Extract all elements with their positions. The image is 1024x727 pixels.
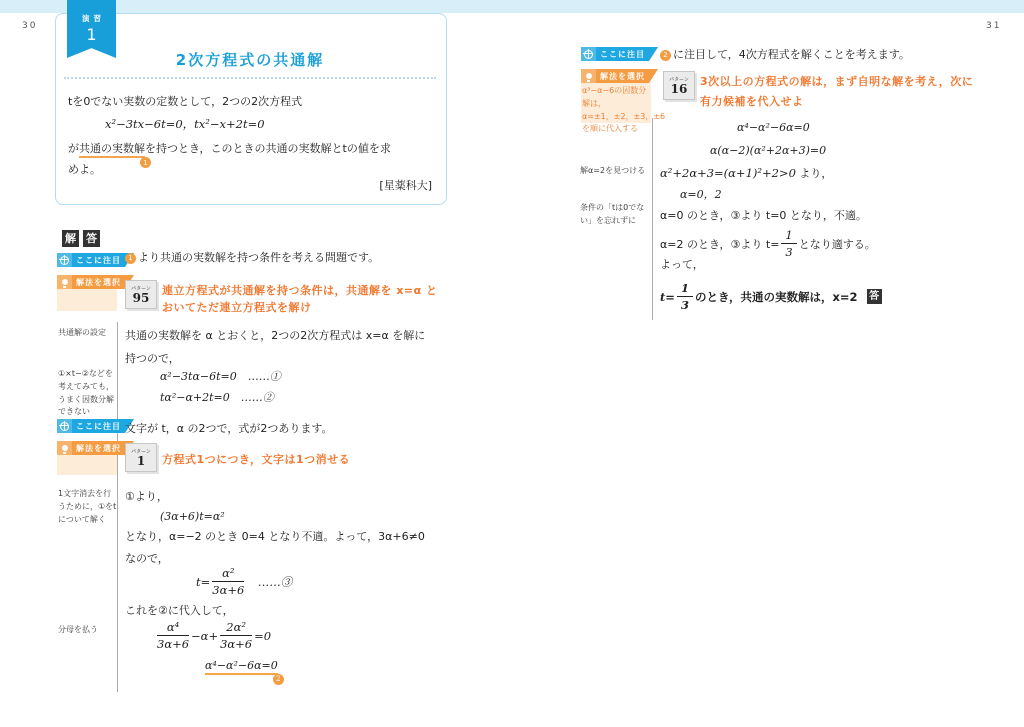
lightbulb-icon (57, 275, 72, 289)
margin-note-find-root: 解α=2を見つける (580, 165, 648, 178)
solution-line-1: 共通の実数解を α とおくと，2つの2次方程式は x=α を解に (125, 328, 447, 345)
fraction-denominator: 3α+6 (157, 636, 189, 651)
equation-r4: α=0，2 (680, 187, 722, 204)
select-tag-backdrop-1 (57, 289, 117, 311)
margin-note-orange: α³−α−6の因数分解は，α=±1，±2，±3，±6を順に代入する (582, 85, 648, 136)
pattern-rule-3-line-1: 3次以上の方程式の解は，まず自明な解を考え，次に (700, 73, 973, 89)
pattern-box-1: パターン 1 (125, 443, 157, 472)
problem-equation: x²−3tx−6t=0，tx²−x+2t=0 (105, 116, 265, 132)
tag-attention-label: ここに注目 (596, 47, 658, 61)
frac-pre-text: α=2 のとき，③より t= (660, 236, 779, 252)
tag-select-3: 解法を選択 (581, 69, 658, 83)
attention-line-3: 2 に注目して，4次方程式を解くことを考えます。 (660, 47, 910, 64)
pattern-number: 16 (664, 83, 694, 96)
crosshair-icon (581, 47, 596, 61)
tag-attention-2: ここに注目 (57, 419, 134, 433)
pattern-rule-2: 方程式1つにつき，文字は1つ消せる (162, 451, 350, 467)
conclusion-line: t= 13 のとき，共通の実数解は，x=2 答 (660, 281, 882, 312)
page-number-left: 30 (22, 21, 37, 31)
fraction: 2α²3α+6 (220, 620, 252, 651)
answer-box-tou: 答 (83, 230, 100, 247)
frac-post-text: となり適する。 (799, 236, 876, 252)
equation-2: tα²−α+2t=0 ……② (160, 390, 274, 407)
tag-select-1: 解法を選択 (57, 275, 134, 289)
highlighted-phrase: 共通の実数解1 (79, 142, 145, 158)
fraction: α⁴3α+6 (157, 620, 189, 651)
equation-r1: α⁴−α²−6α=0 (737, 120, 810, 137)
solution-line-2: 持つので， (125, 351, 180, 368)
fraction-numerator: 1 (781, 228, 796, 244)
attention-text-3: に注目して，4次方程式を解くことを考えます。 (673, 47, 910, 64)
crosshair-icon (57, 419, 72, 433)
crosshair-icon (57, 253, 72, 267)
answer-header: 解答 (62, 227, 104, 247)
solution-line-3: ①より， (125, 489, 168, 506)
margin-note-condition: 条件の「tは0でない」を忘れずに (580, 202, 648, 228)
problem-title: 2次方程式の共通解 (55, 49, 445, 70)
marker-2-inline: 2 (660, 50, 671, 61)
pattern-rule-1-line-1: 連立方程式が共通解を持つ条件は，共通解を x=α と (162, 282, 438, 298)
title-divider (64, 77, 436, 79)
tag-select-2: 解法を選択 (57, 441, 134, 455)
margin-note-denominator: 分母を払う (58, 624, 118, 637)
conclusion-text: のとき，共通の実数解は，x=2 (695, 289, 858, 305)
fraction-numerator: 2α² (220, 620, 252, 636)
frac-mid: −α+ (191, 629, 218, 643)
lightbulb-icon (581, 69, 596, 83)
fraction-numerator: α⁴ (157, 620, 189, 636)
pattern-number: 95 (126, 292, 156, 305)
highlight-text: 共通の実数解 (79, 142, 145, 155)
pattern-box-95: パターン 95 (125, 280, 157, 309)
margin-note-factor: ①×t−②などを考えてみても，うまく因数分解できない (58, 368, 118, 419)
margin-note-setup: 共通解の設定 (58, 327, 118, 340)
attention-text-1: より共通の実数解を持つ条件を考える問題です。 (138, 250, 379, 267)
tag-attention-3: ここに注目 (581, 47, 658, 61)
answer-mark-box: 答 (867, 289, 882, 304)
equation-r3-text: より， (799, 167, 832, 180)
marker-1-badge: 1 (140, 157, 151, 168)
lightbulb-icon (57, 441, 72, 455)
problem-line-2-pre: が (68, 142, 79, 155)
ribbon-number: 1 (67, 25, 116, 44)
solution-line-r3: よって， (660, 257, 704, 274)
tag-attention-1: ここに注目 (57, 253, 134, 267)
fraction-denominator: 3α+6 (212, 582, 244, 597)
fraction: α²3α+6 (212, 566, 244, 597)
solution-line-5: なので， (125, 551, 169, 568)
equation-r2: α(α−2)(α²+2α+3)=0 (710, 143, 826, 160)
solution-line-r2: α=2 のとき，③より t= 13 となり適する。 (660, 228, 876, 259)
pattern-rule-1-line-2: おいてただ連立方程式を解け (162, 299, 312, 315)
attention-line-2: 文字が t，α の2つで，式が2つあります。 (125, 421, 332, 438)
fraction: 13 (677, 281, 693, 312)
ribbon-label: 演習 (67, 13, 116, 24)
highlighted-equation: α⁴−α²−6α=02 (205, 659, 278, 675)
attention-line-1: 1 より共通の実数解を持つ条件を考える問題です。 (125, 250, 379, 267)
equation-final: α⁴−α²−6α=02 (205, 658, 278, 675)
problem-line-1: tを0でない実数の定数として，2つの2次方程式 (68, 93, 302, 109)
frac-rhs: =0 (254, 629, 271, 643)
conclusion-lhs: t= (660, 290, 675, 304)
pattern-number: 1 (126, 455, 156, 468)
equation-r3-math: α²+2α+3=(α+1)²+2>0 (660, 166, 796, 180)
pattern-label: パターン (128, 447, 155, 454)
problem-line-2: が共通の実数解1を持つとき，このときの共通の実数解とtの値を求 (68, 140, 391, 156)
top-strip (0, 0, 1024, 13)
fraction-numerator: α² (212, 566, 244, 582)
equation-fraction-3: t= α²3α+6 ……③ (196, 566, 292, 597)
equation-fraction-big: α⁴3α+6 −α+ 2α²3α+6 =0 (155, 620, 271, 651)
frac-tail: ……③ (246, 574, 292, 590)
frac-lhs: t= (196, 575, 210, 589)
marker-2-badge: 2 (273, 674, 284, 685)
final-equation-text: α⁴−α²−6α=0 (205, 659, 278, 672)
fraction: 13 (781, 228, 796, 259)
select-tag-backdrop-2 (57, 455, 117, 475)
tag-select-label: 解法を選択 (596, 69, 658, 83)
fraction-denominator: 3 (781, 244, 796, 259)
solution-line-r1: α=0 のとき，③より t=0 となり，不適。 (660, 208, 867, 225)
margin-note-eliminate: 1文字消去を行うために，①をtについて解く (58, 488, 118, 526)
page-number-right: 31 (986, 21, 1001, 31)
pattern-label: パターン (128, 284, 155, 291)
fraction-denominator: 3 (677, 297, 693, 312)
equation-r3: α²+2α+3=(α+1)²+2>0 より， (660, 165, 832, 183)
pattern-rule-3-line-2: 有力候補を代入せよ (700, 93, 804, 109)
equation-3: (3α+6)t=α² (160, 509, 225, 526)
problem-line-3: めよ。 (68, 161, 101, 177)
fraction-denominator: 3α+6 (220, 636, 252, 651)
pattern-label: パターン (666, 75, 693, 82)
solution-line-4: となり，α=−2 のとき 0=4 となり不適。よって，3α+6≠0 (125, 529, 455, 546)
pattern-box-16: パターン 16 (663, 71, 695, 100)
marker-1-inline: 1 (125, 253, 136, 264)
answer-box-kai: 解 (62, 230, 79, 247)
problem-line-2-post: を持つとき，このときの共通の実数解とtの値を求 (145, 142, 391, 155)
fraction-numerator: 1 (677, 281, 693, 297)
equation-1: α²−3tα−6t=0 ……① (160, 369, 281, 386)
solution-line-6: これを②に代入して， (125, 603, 234, 620)
problem-source: [星薬科大] (70, 177, 432, 193)
margin-rule-right (652, 118, 653, 320)
